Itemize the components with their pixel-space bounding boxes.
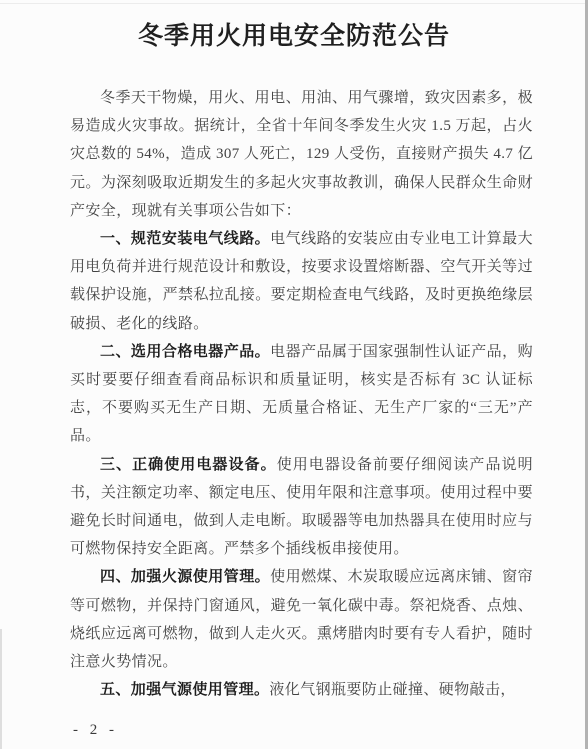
page-number: - 2 -	[73, 722, 118, 739]
intro-paragraph: 冬季天干物燥，用火、用电、用油、用气骤增，致灾因素多，极易造成火灾事故。据统计，…	[70, 84, 533, 225]
section-4-heading: 四、加强火源使用管理。	[100, 569, 270, 585]
section-paragraph-2: 二、选用合格电器产品。电器产品属于国家强制性认证产品，购买时要要仔细查看商品标识…	[70, 338, 533, 451]
section-paragraph-1: 一、规范安装电气线路。电气线路的安装应由专业电工计算最大用电负荷并进行规范设计和…	[70, 225, 533, 338]
intro-text: 冬季天干物燥，用火、用电、用油、用气骤增，致灾因素多，极易造成火灾事故。据统计，…	[70, 90, 533, 219]
scan-edge-top	[0, 3, 588, 4]
scanned-document-page: 冬季用火用电安全防范公告 冬季天干物燥，用火、用电、用油、用气骤增，致灾因素多，…	[0, 0, 588, 749]
section-5-body: 液化气钢瓶要防止碰撞、硬物敲击，	[269, 682, 515, 698]
section-3-heading: 三、正确使用电器设备。	[100, 457, 277, 473]
section-5-heading: 五、加强气源使用管理。	[100, 682, 269, 698]
document-title: 冬季用火用电安全防范公告	[0, 0, 588, 53]
scan-edge-left	[0, 629, 2, 749]
section-2-heading: 二、选用合格电器产品。	[100, 344, 270, 360]
section-paragraph-4: 四、加强火源使用管理。使用燃煤、木炭取暖应远离床铺、窗帘等可燃物，并保持门窗通风…	[70, 563, 533, 676]
section-paragraph-3: 三、正确使用电器设备。使用电器设备前要仔细阅读产品说明书，关注额定功率、额定电压…	[70, 451, 533, 564]
section-paragraph-5: 五、加强气源使用管理。液化气钢瓶要防止碰撞、硬物敲击，	[70, 676, 533, 704]
document-body: 冬季天干物燥，用火、用电、用油、用气骤增，致灾因素多，极易造成火灾事故。据统计，…	[70, 84, 533, 704]
section-1-heading: 一、规范安装电气线路。	[100, 231, 270, 247]
